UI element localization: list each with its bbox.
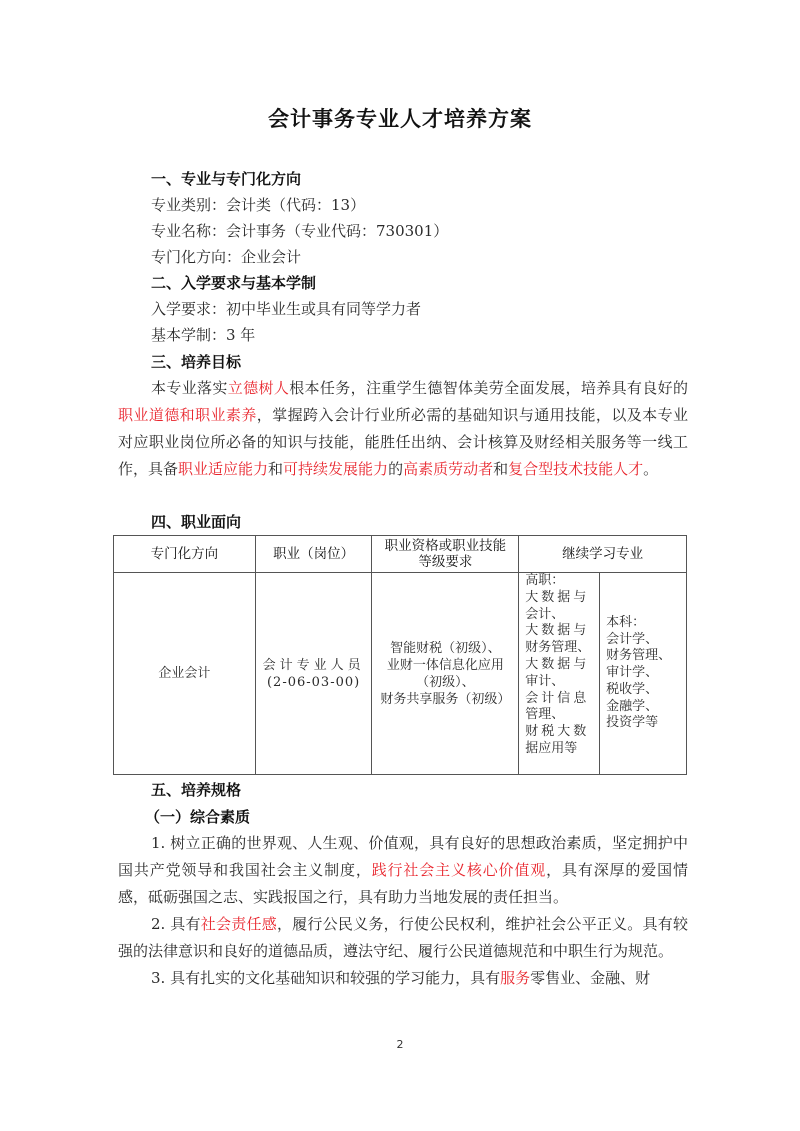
cert-line: （初级）、: [372, 674, 518, 691]
document-title: 会计事务专业人才培养方案: [0, 103, 800, 133]
quality-item-1: 1. 树立正确的世界观、人生观、价值观，具有良好的思想政治素质，坚定拥护中国共产…: [118, 830, 688, 911]
text: 2. 具有: [151, 915, 201, 933]
text: 3. 具有扎实的文化基础知识和较强的学习能力，具有: [151, 969, 500, 987]
cell-certification: 智能财税（初级）、 业财一体信息化应用 （初级）、 财务共享服务（初级）: [372, 573, 519, 775]
section4-heading: 四、职业面向: [151, 512, 241, 532]
highlight-text: 社会责任感: [201, 915, 277, 933]
list-item: 大数据与: [525, 590, 599, 607]
highlight-text: 职业道德和职业素养: [118, 406, 257, 424]
list-item: 会计、: [525, 607, 599, 624]
cert-line: 业财一体信息化应用: [372, 657, 518, 674]
cell-direction: 企业会计: [114, 573, 256, 775]
list-item: 财务管理、: [525, 640, 599, 657]
list-item: 本科：: [606, 615, 686, 632]
list-item: 财务管理、: [606, 648, 686, 665]
highlight-text: 高素质劳动者: [403, 460, 493, 478]
highlight-text: 可持续发展能力: [283, 460, 388, 478]
highlight-text: 服务: [500, 969, 530, 987]
list-item: 审计、: [525, 674, 599, 691]
list-item: 会计学、: [606, 632, 686, 649]
list-item: 金融学、: [606, 699, 686, 716]
highlight-text: 复合型技术技能人才: [508, 460, 643, 478]
cell-higher-vocational: 高职： 大数据与 会计、 大数据与 财务管理、 大数据与 审计、 会计信息 管理…: [519, 573, 600, 775]
highlight-text: 职业适应能力: [178, 460, 268, 478]
text: 和: [268, 460, 283, 478]
header-further-study: 继续学习专业: [519, 536, 687, 573]
list-item: 大数据与: [525, 657, 599, 674]
list-item: 据应用等: [525, 741, 599, 758]
cert-line: 智能财税（初级）、: [372, 640, 518, 657]
job-code: (2-06-03-00): [256, 674, 372, 691]
job-name: 会计专业人员: [256, 657, 372, 674]
header-direction: 专门化方向: [114, 536, 256, 573]
page-number: 2: [0, 1038, 800, 1051]
admission-requirement: 入学要求：初中毕业生或具有同等学力者: [151, 299, 421, 319]
quality-items: 1. 树立正确的世界观、人生观、价值观，具有良好的思想政治素质，坚定拥护中国共产…: [118, 830, 688, 992]
header-certification-text: 职业资格或职业技能等级要求: [385, 538, 507, 570]
section5-heading: 五、培养规格: [151, 780, 241, 800]
career-table: 专门化方向 职业（岗位） 职业资格或职业技能等级要求 继续学习专业 企业会计 会…: [113, 535, 687, 775]
text: 零售业、金融、财: [530, 969, 650, 987]
study-duration: 基本学制：3 年: [151, 325, 255, 345]
section2-heading: 二、入学要求与基本学制: [151, 273, 316, 293]
major-category: 专业类别：会计类（代码：13）: [151, 195, 365, 215]
major-name: 专业名称：会计事务（专业代码：730301）: [151, 221, 448, 241]
text: 和: [493, 460, 508, 478]
highlight-text: 立德树人: [228, 379, 289, 397]
header-job: 职业（岗位）: [255, 536, 372, 573]
list-item: 管理、: [525, 707, 599, 724]
subsection-comprehensive-quality: （一）综合素质: [145, 807, 250, 827]
specialization-direction: 专门化方向：企业会计: [151, 247, 301, 267]
list-item: 高职：: [525, 573, 599, 590]
list-item: 会计信息: [525, 691, 599, 708]
text: 。: [643, 460, 658, 478]
list-item: 投资学等: [606, 715, 686, 732]
section3-heading: 三、培养目标: [151, 352, 241, 372]
text: 本专业落实: [151, 379, 228, 397]
text: 根本任务，注重学生德智体美劳全面发展，培养具有良好的: [289, 379, 688, 397]
cell-job: 会计专业人员 (2-06-03-00): [255, 573, 372, 775]
table-header-row: 专门化方向 职业（岗位） 职业资格或职业技能等级要求 继续学习专业: [114, 536, 687, 573]
text: 的: [388, 460, 403, 478]
list-item: 税收学、: [606, 682, 686, 699]
highlight-text: 践行社会主义核心价值观: [372, 861, 546, 879]
cert-line: 财务共享服务（初级）: [372, 691, 518, 708]
list-item: 大数据与: [525, 623, 599, 640]
quality-item-3: 3. 具有扎实的文化基础知识和较强的学习能力，具有服务零售业、金融、财: [118, 965, 688, 992]
training-goal-paragraph: 本专业落实立德树人根本任务，注重学生德智体美劳全面发展，培养具有良好的职业道德和…: [118, 375, 688, 483]
list-item: 审计学、: [606, 665, 686, 682]
table-row: 企业会计 会计专业人员 (2-06-03-00) 智能财税（初级）、 业财一体信…: [114, 573, 687, 775]
quality-item-2: 2. 具有社会责任感，履行公民义务，行使公民权利，维护社会公平正义。具有较强的法…: [118, 911, 688, 965]
list-item: 财税大数: [525, 724, 599, 741]
section1-heading: 一、专业与专门化方向: [151, 169, 301, 189]
header-certification: 职业资格或职业技能等级要求: [372, 536, 519, 573]
cell-undergraduate: 本科： 会计学、 财务管理、 审计学、 税收学、 金融学、 投资学等: [600, 573, 687, 775]
